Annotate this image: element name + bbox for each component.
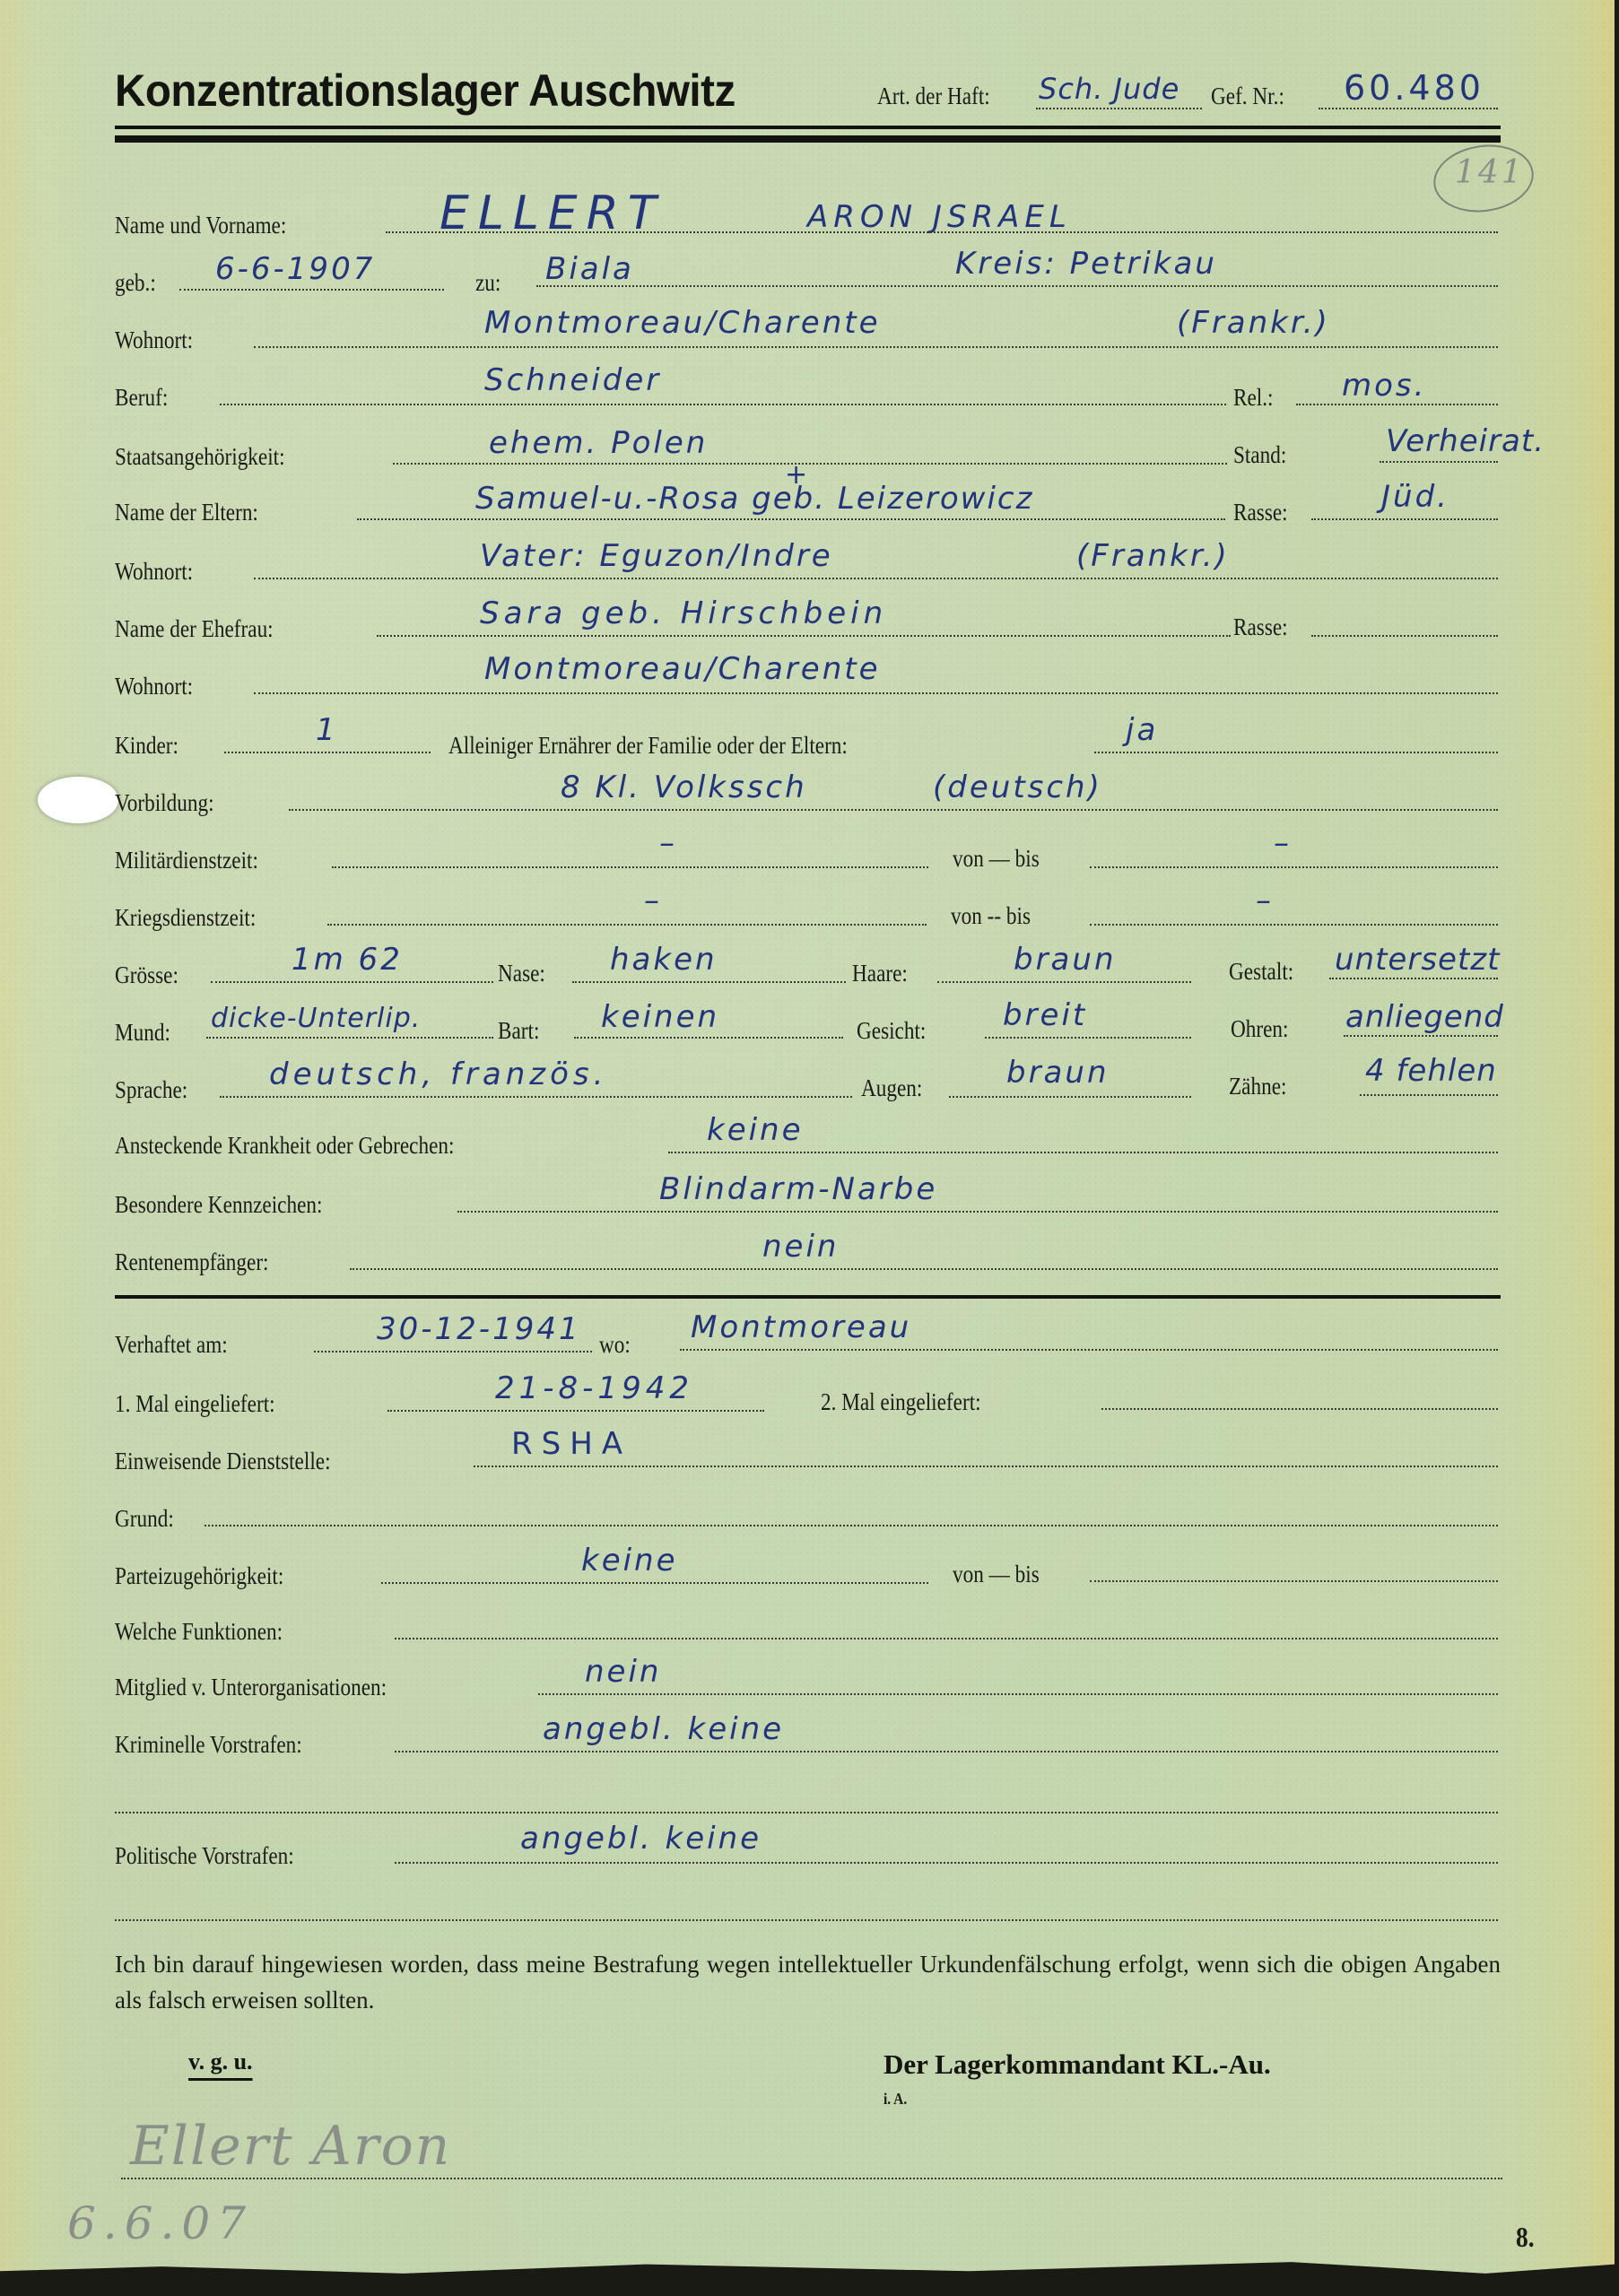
- ohren-label: Ohren:: [1231, 1015, 1288, 1043]
- nase-value: haken: [610, 942, 718, 978]
- dotted-fill-line: [536, 285, 1498, 287]
- dotted-fill-line: [1329, 978, 1498, 979]
- dotted-fill-line: [179, 289, 444, 291]
- dotted-fill-line: [1036, 108, 1202, 109]
- punch-hole: [38, 777, 118, 823]
- dotted-fill-line: [395, 1862, 1498, 1864]
- dotted-fill-line: [668, 1152, 1498, 1153]
- vorbildung-label: Vorbildung:: [115, 789, 214, 817]
- zu-label: zu:: [475, 269, 500, 297]
- gestalt-label: Gestalt:: [1229, 958, 1293, 986]
- art-der-haft-label: Art. der Haft:: [877, 83, 990, 110]
- dotted-fill-line: [386, 231, 1498, 233]
- haare-label: Haare:: [852, 960, 908, 987]
- document-title: Konzentrationslager Auschwitz: [115, 65, 736, 117]
- gesicht-value: breit: [1003, 997, 1087, 1033]
- beruf-value: Schneider: [484, 362, 661, 398]
- dotted-fill-line: [680, 1349, 1498, 1351]
- dotted-fill-line: [289, 809, 1498, 811]
- rasse-value: Jüd.: [1381, 479, 1449, 515]
- dotted-fill-line: [220, 1096, 852, 1098]
- kinder-value: 1: [316, 712, 338, 748]
- ernaehrer-value: ja: [1126, 712, 1158, 748]
- ehefrau-label: Name der Ehefrau:: [115, 615, 274, 643]
- mal1-value: 21-8-1942: [495, 1370, 693, 1406]
- staat-value: ehem. Polen: [489, 425, 708, 461]
- eltern-label: Name der Eltern:: [115, 499, 258, 526]
- mund-value: dicke-Unterlip.: [211, 1003, 421, 1034]
- signature: Ellert Aron: [130, 2115, 451, 2178]
- stand-label: Stand:: [1233, 441, 1286, 469]
- krieg-value: –: [644, 883, 662, 918]
- dotted-fill-line: [1319, 108, 1498, 109]
- stand-value: Verheirat.: [1386, 423, 1545, 459]
- sprache-label: Sprache:: [115, 1076, 187, 1104]
- unterorg-value: nein: [585, 1654, 661, 1690]
- gef-nr-label: Gef. Nr.:: [1211, 83, 1284, 110]
- kriminell-label: Kriminelle Vorstrafen:: [115, 1731, 302, 1759]
- wohnort-label: Wohnort:: [115, 326, 193, 354]
- dotted-fill-line: [206, 1037, 493, 1039]
- header-rule-thin: [115, 126, 1501, 129]
- gesicht-label: Gesicht:: [857, 1017, 926, 1045]
- militaer-value: –: [659, 825, 677, 861]
- verhaftet-value: 30-12-1941: [377, 1311, 581, 1347]
- dotted-fill-line: [254, 692, 1498, 694]
- dotted-fill-line: [1311, 635, 1498, 637]
- dotted-fill-line: [332, 866, 928, 868]
- dotted-fill-line: [350, 1268, 1498, 1270]
- gestalt-value: untersetzt: [1335, 942, 1500, 978]
- zaehne-label: Zähne:: [1229, 1073, 1286, 1100]
- zaehne-value: 4 fehlen: [1365, 1053, 1497, 1089]
- groesse-label: Grösse:: [115, 961, 178, 989]
- mal1-label: 1. Mal eingeliefert:: [115, 1390, 275, 1418]
- partei-label: Parteizugehörigkeit:: [115, 1562, 283, 1590]
- ernaehrer-label: Alleiniger Ernährer der Familie oder der…: [448, 732, 848, 760]
- militaer-vonbis-value: –: [1274, 825, 1292, 861]
- eltern-wohnort-value: Vater: Eguzon/Indre: [480, 538, 833, 574]
- verhaftet-label: Verhaftet am:: [115, 1331, 228, 1359]
- ehefrau-wohnort-value: Montmoreau/Charente: [484, 651, 881, 687]
- krieg-vonbis-label: von -- bis: [951, 902, 1031, 930]
- mund-label: Mund:: [115, 1019, 170, 1047]
- dotted-fill-line: [395, 1751, 1498, 1752]
- header-rule-thick: [115, 135, 1501, 143]
- geb-value: 6-6-1907: [215, 251, 375, 287]
- dotted-fill-line: [1344, 1035, 1498, 1037]
- circled-number: 141: [1455, 154, 1525, 191]
- eltern-value: Samuel-u.-Rosa geb. Leizerowicz: [475, 481, 1033, 517]
- dotted-fill-line: [1311, 518, 1498, 520]
- kriminell-value: angebl. keine: [543, 1711, 784, 1747]
- dotted-fill-line: [357, 518, 1225, 520]
- unterorg-label: Mitglied v. Unterorganisationen:: [115, 1674, 387, 1701]
- politisch-value: angebl. keine: [520, 1821, 762, 1857]
- militaer-vonbis-label: von — bis: [953, 845, 1040, 873]
- dotted-fill-line: [1090, 1580, 1498, 1582]
- rel-label: Rel.:: [1233, 384, 1274, 412]
- pencil-date: 6.6.07: [67, 2197, 253, 2249]
- dotted-fill-line: [985, 1037, 1191, 1039]
- funktionen-label: Welche Funktionen:: [115, 1618, 283, 1646]
- dotted-fill-line: [314, 1351, 592, 1352]
- grund-label: Grund:: [115, 1505, 174, 1533]
- augen-value: braun: [1006, 1055, 1110, 1091]
- politisch-label: Politische Vorstrafen:: [115, 1842, 294, 1870]
- bart-label: Bart:: [498, 1017, 539, 1045]
- geb-label: geb.:: [115, 269, 156, 297]
- partei-value: keine: [581, 1543, 678, 1578]
- section-rule: [115, 1295, 1501, 1299]
- dotted-fill-line: [1090, 924, 1498, 926]
- dotted-fill-line: [457, 1211, 1498, 1213]
- vorbildung-note: (deutsch): [933, 770, 1102, 805]
- dotted-fill-line: [211, 981, 493, 983]
- dotted-fill-line: [1380, 461, 1498, 463]
- dotted-fill-line: [474, 1465, 1498, 1467]
- ehefrau-wohnort-label: Wohnort:: [115, 673, 193, 700]
- name-label: Name und Vorname:: [115, 212, 286, 239]
- krieg-label: Kriegsdienstzeit:: [115, 904, 256, 932]
- dotted-fill-line: [572, 981, 846, 983]
- dotted-fill-line: [387, 1410, 764, 1412]
- art-der-haft-value: Sch. Jude: [1039, 72, 1179, 106]
- dotted-fill-line: [1101, 1408, 1498, 1410]
- gef-nr-value: 60.480: [1344, 68, 1484, 108]
- dotted-fill-line: [1094, 752, 1498, 753]
- dotted-fill-line: [1360, 1094, 1498, 1096]
- ia-label: i. A.: [883, 2090, 907, 2109]
- dienststelle-value: RSHA: [511, 1426, 631, 1462]
- mal2-label: 2. Mal eingeliefert:: [821, 1388, 981, 1416]
- dotted-fill-line: [115, 1919, 1498, 1921]
- ehefrau-value: Sara geb. Hirschbein: [480, 596, 887, 631]
- bart-value: keinen: [601, 999, 719, 1035]
- partei-vonbis-label: von — bis: [953, 1561, 1040, 1588]
- krankheit-label: Ansteckende Krankheit oder Gebrechen:: [115, 1132, 454, 1160]
- krankheit-value: keine: [707, 1112, 804, 1148]
- dotted-fill-line: [220, 404, 1226, 405]
- rente-value: nein: [762, 1229, 839, 1265]
- dotted-fill-line: [395, 1638, 1498, 1639]
- dotted-fill-line: [121, 2178, 1502, 2179]
- wo-label: wo:: [599, 1331, 631, 1359]
- zu-value: Biala: [545, 251, 634, 287]
- vgu-label: v. g. u.: [188, 2048, 253, 2075]
- militaer-label: Militärdienstzeit:: [115, 847, 258, 874]
- dotted-fill-line: [381, 1582, 928, 1584]
- kennzeichen-value: Blindarm-Narbe: [659, 1171, 937, 1207]
- dotted-fill-line: [538, 1693, 1498, 1695]
- dotted-fill-line: [937, 981, 1191, 983]
- sprache-value: deutsch, französ.: [269, 1057, 607, 1092]
- dotted-fill-line: [224, 752, 431, 753]
- kreis-value: Kreis: Petrikau: [955, 246, 1217, 282]
- dotted-fill-line: [254, 578, 1498, 579]
- kommandant-label: Der Lagerkommandant KL.-Au.: [883, 2048, 1271, 2081]
- name-given: ARON JSRAEL: [807, 199, 1072, 235]
- augen-label: Augen:: [861, 1074, 922, 1102]
- dotted-fill-line: [254, 346, 1498, 348]
- dotted-fill-line: [1090, 866, 1498, 868]
- eltern-wohnort-label: Wohnort:: [115, 558, 193, 586]
- dotted-fill-line: [327, 924, 927, 926]
- vorbildung-value: 8 Kl. Volkssch: [561, 770, 807, 805]
- dotted-fill-line: [205, 1525, 1498, 1526]
- kinder-label: Kinder:: [115, 732, 178, 760]
- haare-value: braun: [1014, 942, 1117, 978]
- dotted-fill-line: [1296, 404, 1498, 405]
- wohnort-country: (Frankr.): [1177, 305, 1330, 341]
- dotted-fill-line: [115, 1812, 1498, 1813]
- rente-label: Rentenempfänger:: [115, 1248, 269, 1276]
- nase-label: Nase:: [498, 960, 545, 987]
- staat-label: Staatsangehörigkeit:: [115, 443, 285, 471]
- ehefrau-rasse-label: Rasse:: [1233, 613, 1288, 641]
- eltern-wohnort-country: (Frankr.): [1076, 538, 1230, 574]
- groesse-value: 1m 62: [292, 942, 403, 978]
- page-mark: 8.: [1516, 2221, 1535, 2254]
- rasse-label: Rasse:: [1233, 499, 1288, 526]
- declaration-text: Ich bin darauf hingewiesen worden, dass …: [115, 1946, 1501, 2018]
- beruf-label: Beruf:: [115, 384, 168, 412]
- ohren-value: anliegend: [1345, 999, 1504, 1035]
- dotted-fill-line: [377, 635, 1231, 637]
- krieg-vonbis-value: –: [1256, 883, 1274, 918]
- dotted-fill-line: [574, 1037, 843, 1039]
- rel-value: mos.: [1342, 368, 1426, 404]
- dienststelle-label: Einweisende Dienststelle:: [115, 1448, 331, 1475]
- wo-value: Montmoreau: [691, 1309, 911, 1345]
- kennzeichen-label: Besondere Kennzeichen:: [115, 1191, 322, 1219]
- wohnort-value: Montmoreau/Charente: [484, 305, 881, 341]
- dotted-fill-line: [949, 1096, 1191, 1098]
